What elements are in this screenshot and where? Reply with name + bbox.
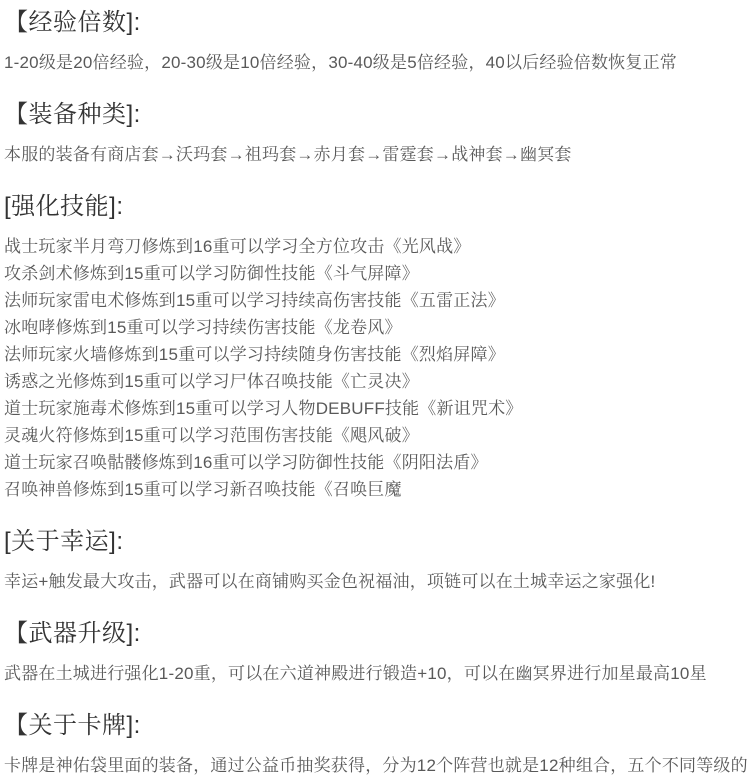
skill-line: 道士玩家施毒术修炼到15重可以学习人物DEBUFF技能《新诅咒术》 [4,395,748,422]
skill-line: 道士玩家召唤骷髅修炼到16重可以学习防御性技能《阴阳法盾》 [4,449,748,476]
paragraph: 本服的装备有商店套→沃玛套→祖玛套→赤月套→雷霆套→战神套→幽冥套 [4,141,748,168]
section-equipment-types: 【装备种类]: 本服的装备有商店套→沃玛套→祖玛套→赤月套→雷霆套→战神套→幽冥… [4,98,748,168]
section-exp-multiplier: 【经验倍数]: 1-20级是20倍经验，20-30级是10倍经验，30-40级是… [4,6,748,76]
skill-line: 法师玩家火墙修炼到15重可以学习持续随身伤害技能《烈焰屏障》 [4,341,748,368]
article-body: 【经验倍数]: 1-20级是20倍经验，20-30级是10倍经验，30-40级是… [0,0,748,779]
section-heading: [关于幸运]: [4,525,748,558]
section-heading: 【武器升级]: [4,617,748,650]
skill-line: 灵魂火符修炼到15重可以学习范围伤害技能《飓风破》 [4,422,748,449]
section-enhanced-skills: [强化技能]: 战士玩家半月弯刀修炼到16重可以学习全方位攻击《光风战》 攻杀剑… [4,190,748,503]
section-heading: 【装备种类]: [4,98,748,131]
section-about-luck: [关于幸运]: 幸运+触发最大攻击，武器可以在商铺购买金色祝福油，项链可以在土城… [4,525,748,595]
skill-line: 诱惑之光修炼到15重可以学习尸体召唤技能《亡灵决》 [4,368,748,395]
section-heading: 【经验倍数]: [4,6,748,39]
section-about-cards: 【关于卡牌]: 卡牌是神佑袋里面的装备，通过公益币抽奖获得，分为12个阵营也就是… [4,709,748,779]
paragraph: 卡牌是神佑袋里面的装备，通过公益币抽奖获得，分为12个阵营也就是12种组合，五个… [4,752,748,779]
section-weapon-upgrade: 【武器升级]: 武器在土城进行强化1-20重，可以在六道神殿进行锻造+10，可以… [4,617,748,687]
section-heading: [强化技能]: [4,190,748,223]
section-heading: 【关于卡牌]: [4,709,748,742]
skill-line: 战士玩家半月弯刀修炼到16重可以学习全方位攻击《光风战》 [4,233,748,260]
skill-line: 法师玩家雷电术修炼到15重可以学习持续高伤害技能《五雷正法》 [4,287,748,314]
paragraph: 1-20级是20倍经验，20-30级是10倍经验，30-40级是5倍经验，40以… [4,49,748,76]
paragraph: 武器在土城进行强化1-20重，可以在六道神殿进行锻造+10，可以在幽冥界进行加星… [4,660,748,687]
skill-line: 攻杀剑术修炼到15重可以学习防御性技能《斗气屏障》 [4,260,748,287]
paragraph: 幸运+触发最大攻击，武器可以在商铺购买金色祝福油，项链可以在土城幸运之家强化! [4,568,748,595]
skill-line: 冰咆哮修炼到15重可以学习持续伤害技能《龙卷风》 [4,314,748,341]
skill-line: 召唤神兽修炼到15重可以学习新召唤技能《召唤巨魔 [4,476,748,503]
